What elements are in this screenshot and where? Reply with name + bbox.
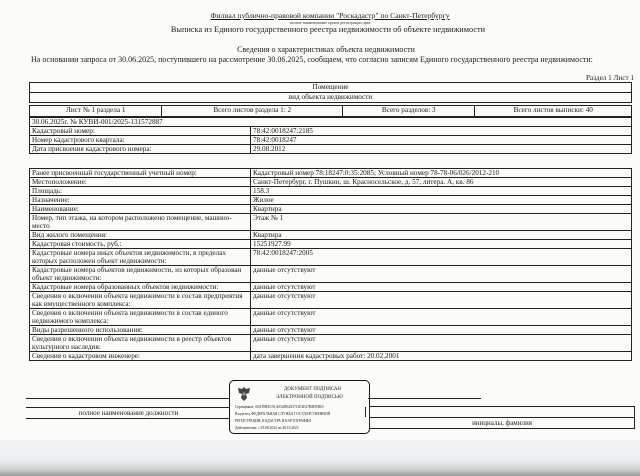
request-reference: 30.06.2025г. № КУВИ-001/2025-131572887 [30, 118, 632, 127]
row-value: дата завершения кадастровых работ: 20.02… [251, 352, 632, 361]
row-value: 78:42:0018247:2185 [251, 127, 632, 136]
row-label: Наименование: [30, 205, 251, 214]
stamp-title-line1: ДОКУМЕНТ ПОДПИСАН [284, 387, 341, 392]
row-label: Назначение: [30, 196, 251, 205]
table-row: Местоположение:Санкт-Петербург, г. Пушки… [30, 178, 632, 187]
row-value: данные отсутствуют [251, 309, 632, 326]
table-row: Виды разрешенного использования:данные о… [30, 326, 632, 335]
row-value: Жилое [251, 196, 632, 205]
document-page: Филиал публично-правовой компании "Роска… [0, 0, 640, 440]
table-row: Наименование:Квартира [30, 205, 632, 214]
row-value: 15251927.99 [251, 240, 632, 249]
section-sheet-label: Раздел 1 Лист 1 [586, 74, 634, 82]
row-value: 29.08.2012 [251, 145, 632, 154]
table-row: Назначение:Жилое [30, 196, 632, 205]
row-label: Местоположение: [30, 178, 251, 187]
table-row: Сведения о включении объекта недвижимост… [30, 309, 632, 326]
document-title: Выписка из Единого государственного реес… [0, 25, 640, 34]
position-caption: полное наименование должности [26, 409, 231, 417]
row-label: Сведения о включении объекта недвижимост… [30, 292, 251, 309]
stamp-validity: Действителен: с 05.08.2024 по 28.10.2025 [235, 426, 299, 430]
row-value: данные отсутствуют [251, 335, 632, 352]
separator [365, 407, 366, 417]
row-value: данные отсутствуют [251, 266, 632, 283]
name-caption: инициалы, фамилия [370, 419, 634, 427]
row-value: Квартира [251, 205, 632, 214]
row-label: Дата присвоения кадастрового номера: [30, 145, 251, 154]
name-line [370, 417, 634, 418]
row-label: Сведения о кадастровом инженере: [30, 352, 251, 361]
document-subtitle: Сведения о характеристиках объекта недви… [0, 45, 640, 54]
row-label: Площадь: [30, 187, 251, 196]
sheets-in-section: Всего листов раздела 1: 2 [162, 106, 343, 117]
row-value: Этаж № 1 [251, 214, 632, 231]
stamp-certificate: Сертификат: 00АТ0ВЕС91А0328В4А5711Е2Е27В… [235, 405, 323, 409]
basic-info-table: 30.06.2025г. № КУВИ-001/2025-131572887 К… [29, 117, 632, 154]
row-label: Кадастровые номера образованных объектов… [30, 283, 251, 292]
table-row: Дата присвоения кадастрового номера: 29.… [30, 145, 632, 154]
row-value: 78:42:0018247 [251, 136, 632, 145]
row-label: Кадастровая стоимость, руб.: [30, 240, 251, 249]
position-line [26, 407, 231, 408]
table-row: Вид жилого помещения:Квартира [30, 231, 632, 240]
table-row: Номер, тип этажа, на котором расположено… [30, 214, 632, 231]
characteristics-table: Ранее присвоенный государственный учетны… [29, 168, 632, 361]
object-type-caption: вид объекта недвижимости [30, 93, 632, 103]
table-row: Кадастровый номер: 78:42:0018247:2185 [30, 127, 632, 136]
table-row: Кадастровые номера объектов недвижимости… [30, 266, 632, 283]
stamp-title-line2: ЭЛЕКТРОННОЙ ПОДПИСЬЮ [276, 395, 343, 400]
position-line-top [26, 398, 231, 399]
row-label: Ранее присвоенный государственный учетны… [30, 169, 251, 178]
row-value: данные отсутствуют [251, 326, 632, 335]
row-value: Санкт-Петербург, г. Пушкин, ш. Красносел… [251, 178, 632, 187]
table-row: Номер кадастрового квартала: 78:42:00182… [30, 136, 632, 145]
total-sections: Всего разделов: 3 [343, 106, 475, 117]
table-row: Кадастровые номера образованных объектов… [30, 283, 632, 292]
table-row: Кадастровые номера иных объектов недвижи… [30, 249, 632, 266]
intro-text: На основании запроса от 30.06.2025, пост… [31, 55, 593, 64]
row-label: Виды разрешенного использования: [30, 326, 251, 335]
object-type-table: Помещение вид объекта недвижимости [29, 82, 632, 103]
total-sheets: Всего листов выписки: 40 [475, 106, 632, 117]
stamp-owner-cont: РЕГИСТРАЦИИ, КАДАСТРА И КАРТОГРАФИИ [235, 419, 311, 423]
table-row: Площадь:158.3 [30, 187, 632, 196]
position-line-bottom [26, 418, 231, 419]
row-label: Кадастровые номера иных объектов недвижи… [30, 249, 251, 266]
row-label: Кадастровые номера объектов недвижимости… [30, 266, 251, 283]
sheet-of-section: Лист № 1 раздела 1 [30, 106, 162, 117]
sheet-meta-table: Лист № 1 раздела 1 Всего листов раздела … [29, 105, 632, 117]
org-name: Филиал публично-правовой компании "Роска… [0, 11, 640, 20]
coat-of-arms-icon [236, 385, 252, 403]
table-row: Сведения о включении объекта недвижимост… [30, 292, 632, 309]
row-label: Сведения о включении объекта недвижимост… [30, 309, 251, 326]
row-value: Кадастровый номер 78:18247:0:35:2085; Ус… [251, 169, 632, 178]
table-row: Кадастровая стоимость, руб.:15251927.99 [30, 240, 632, 249]
row-label: Номер кадастрового квартала: [30, 136, 251, 145]
row-value: Квартира [251, 231, 632, 240]
row-label: Кадастровый номер: [30, 127, 251, 136]
row-value: 78:42:0018247:2005 [251, 249, 632, 266]
scan-edge-shadow [0, 440, 640, 476]
row-value: данные отсутствуют [251, 283, 632, 292]
name-field: инициалы, фамилия [369, 406, 635, 429]
row-value: данные отсутствуют [251, 292, 632, 309]
stamp-owner: Владелец: ФЕДЕРАЛЬНАЯ СЛУЖБА ГОСУДАРСТВЕ… [235, 412, 330, 416]
row-label: Вид жилого помещения: [30, 231, 251, 240]
table-row: Ранее присвоенный государственный учетны… [30, 169, 632, 178]
electronic-signature-stamp: ДОКУМЕНТ ПОДПИСАН ЭЛЕКТРОННОЙ ПОДПИСЬЮ С… [229, 380, 370, 434]
table-row: Сведения о включении объекта недвижимост… [30, 335, 632, 352]
signature-line-top [368, 398, 481, 399]
row-value: 158.3 [251, 187, 632, 196]
object-type: Помещение [30, 83, 632, 93]
row-label: Номер, тип этажа, на котором расположено… [30, 214, 251, 231]
row-label: Сведения о включении объекта недвижимост… [30, 335, 251, 352]
table-row: Сведения о кадастровом инженере:дата зав… [30, 352, 632, 361]
